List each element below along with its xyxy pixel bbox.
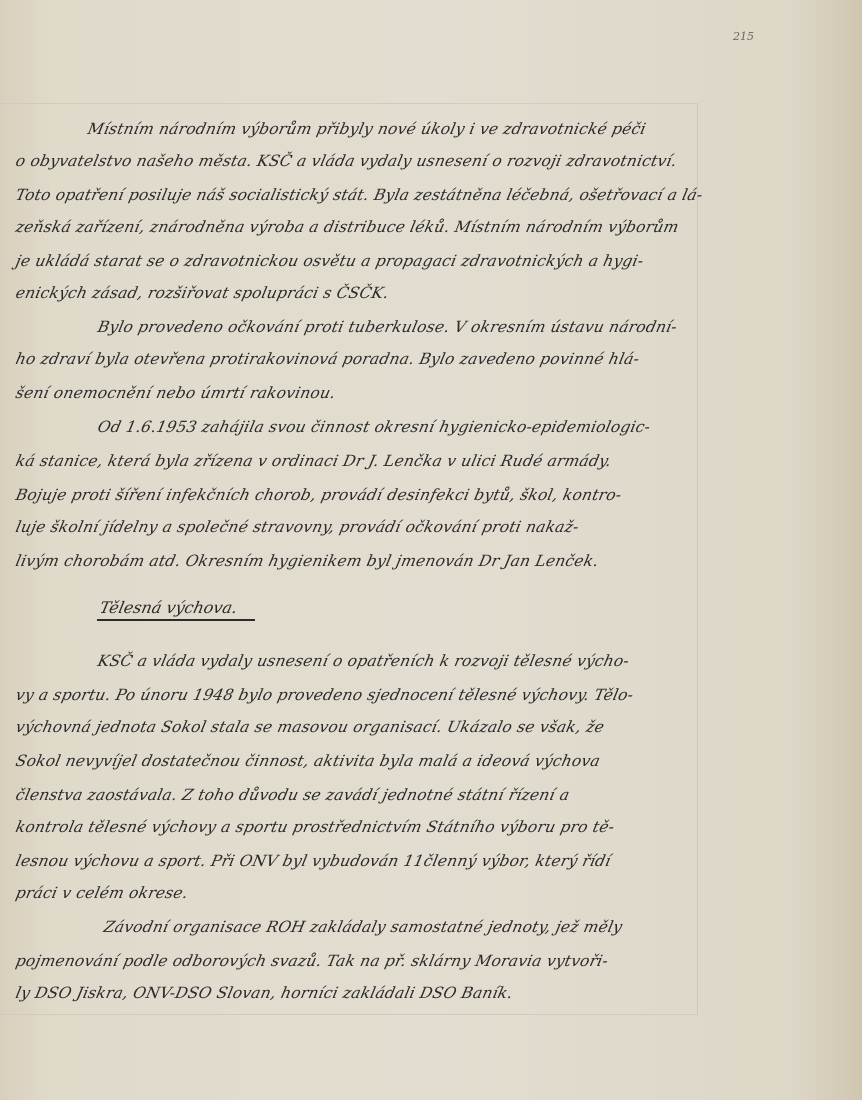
text-line: práci v celém okrese. (14, 884, 190, 902)
text-line: pojmenování podle odborových svazů. Tak … (14, 952, 610, 970)
text-line: ká stanice, která byla zřízena v ordinac… (14, 452, 613, 470)
text-line: Od 1.6.1953 zahájila svou činnost okresn… (96, 418, 652, 436)
text-line: luje školní jídelny a společné stravovny… (14, 518, 580, 536)
text-line: Místním národním výborům přibyly nové úk… (86, 120, 648, 138)
text-line: livým chorobám atd. Okresním hygienikem … (14, 552, 600, 570)
text-line: Sokol nevyvíjel dostatečnou činnost, akt… (14, 752, 602, 770)
text-line: KSČ a vláda vydaly usnesení o opatřeních… (96, 652, 631, 670)
text-line: vy a sportu. Po únoru 1948 bylo proveden… (14, 686, 635, 704)
section-heading: Tělesná výchova. (98, 598, 239, 617)
text-line: Toto opatření posiluje náš socialistický… (14, 186, 704, 204)
text-line: zeňská zařízení, znárodněna výroba a dis… (14, 218, 680, 236)
text-line: ly DSO Jiskra, ONV-DSO Slovan, horníci z… (14, 984, 514, 1002)
heading-underline (97, 619, 255, 621)
text-line: Bylo provedeno očkování proti tuberkulos… (96, 318, 679, 336)
text-line: o obyvatelstvo našeho města. KSČ a vláda… (14, 152, 679, 170)
text-line: lesnou výchovu a sport. Při ONV byl vybu… (14, 852, 612, 870)
text-line: ho zdraví byla otevřena protirakovinová … (14, 350, 641, 368)
text-line: Bojuje proti šíření infekčních chorob, p… (14, 486, 623, 504)
text-line: členstva zaostávala. Z toho důvodu se za… (14, 786, 571, 804)
text-line: šení onemocnění nebo úmrtí rakovinou. (14, 384, 337, 402)
text-line: kontrola tělesné výchovy a sportu prostř… (14, 818, 616, 836)
document-page: 215 Místním národním výborům přibyly nov… (0, 0, 862, 1100)
text-line: je ukládá starat se o zdravotnickou osvě… (14, 252, 645, 270)
text-line: výchovná jednota Sokol stala se masovou … (14, 718, 606, 736)
text-line: Závodní organisace ROH zakládaly samosta… (102, 918, 624, 936)
text-line: enických zásad, rozšiřovat spolupráci s … (14, 284, 390, 302)
page-number: 215 (733, 30, 754, 43)
